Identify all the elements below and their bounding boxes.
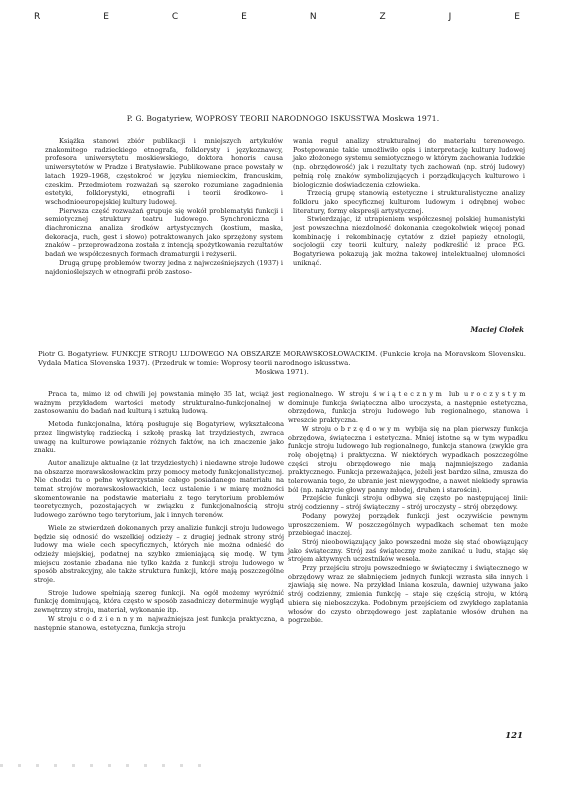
paragraph: Podany powyżej porządek funkcji jest ocz… [288, 512, 528, 538]
paragraph: Drugą grupę problemów tworzy jedna z naj… [45, 259, 283, 276]
review-1-title: P. G. Bogatyriew, WOPROSY TEORII NARODNO… [0, 114, 566, 123]
paragraph: Trzecią grupę stanowią estetyczne i stru… [293, 189, 525, 215]
paragraph: W stroju codziennym najważniejsza jest f… [34, 615, 284, 632]
page-number: 121 [505, 731, 523, 741]
paragraph: Przejście funkcji stroju odbywa się częs… [288, 494, 528, 511]
paragraph: regionalnego. W stroju świątecznym lub u… [288, 390, 528, 425]
review-2-title-last: Moskwa 1971). [38, 368, 526, 377]
running-head-letter: R [34, 12, 40, 22]
review-2-title-main: Piotr G. Bogatyriew. FUNKCJE STROJU LUDO… [38, 350, 526, 367]
running-head-letter: Z [380, 12, 386, 22]
text-run: W stroju [48, 615, 80, 623]
paragraph: Metoda funkcjonalna, którą posługuje się… [34, 420, 284, 455]
paragraph: Praca ta, mimo iż od chwili jej powstani… [34, 390, 284, 416]
scan-artifact [0, 764, 210, 767]
text-run: dominuje funkcja świąteczna albo uroczys… [288, 399, 528, 424]
running-head-letter: J [449, 12, 452, 22]
emphasized-term: świątecznym [373, 390, 444, 398]
emphasized-term: codziennym [80, 615, 146, 623]
running-head-letter: E [514, 12, 520, 22]
running-head: R E C E N Z J E [34, 12, 520, 22]
paragraph: Strój nieobowiązujący jako powszedni moż… [288, 538, 528, 564]
text-run: regionalnego. W stroju [288, 390, 373, 398]
paragraph: Autor analizuje aktualne (z lat trzydzie… [34, 459, 284, 520]
running-head-letter: E [241, 12, 247, 22]
running-head-letter: E [103, 12, 109, 22]
review-1-left-column: Książka stanowi zbiór publikacji i mniej… [45, 137, 283, 276]
review-2-right-column: regionalnego. W stroju świątecznym lub u… [288, 390, 528, 625]
paragraph: W stroju obrzędowym wybija się na plan p… [288, 425, 528, 495]
text-run: wybija się na plan pierwszy funkcja obrz… [288, 425, 528, 494]
paragraph: Wiele ze stwierdzeń dokonanych przy anal… [34, 524, 284, 585]
review-2-left-column: Praca ta, mimo iż od chwili jej powstani… [34, 390, 284, 632]
review-1-right-column: wania reguł analizy strukturalnej do mat… [293, 137, 525, 268]
emphasized-term: obrzędowym [334, 425, 402, 433]
running-head-letter: C [172, 12, 178, 22]
paragraph: Stroje ludowe spełniają szereg funkcji. … [34, 589, 284, 615]
paragraph: wania reguł analizy strukturalnej do mat… [293, 137, 525, 189]
reviewer-signature: Maciej Ciołek [470, 325, 524, 334]
review-2-title: Piotr G. Bogatyriew. FUNKCJE STROJU LUDO… [38, 350, 526, 377]
paragraph: Stwierdzając, iż utrapieniem współczesne… [293, 215, 525, 267]
paragraph: Przy przejściu stroju powszedniego w świ… [288, 564, 528, 625]
emphasized-term: uroczystym [464, 390, 528, 398]
paragraph: Książka stanowi zbiór publikacji i mniej… [45, 137, 283, 207]
text-run: lub [444, 390, 464, 398]
paragraph: Pierwsza część rozważań grupuje się wokó… [45, 207, 283, 259]
running-head-letter: N [310, 12, 317, 22]
text-run: W stroju [302, 425, 334, 433]
